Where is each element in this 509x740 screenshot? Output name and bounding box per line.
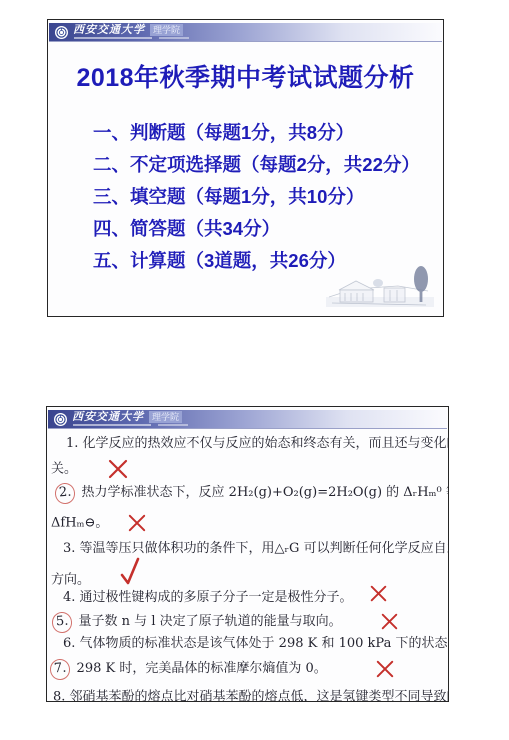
list-item: 四、简答题（共34分） xyxy=(93,213,435,245)
question-line: 3. 等温等压只做体积功的条件下，用△ᵣG 可以判断任何化学反应自发进行的 xyxy=(48,540,447,558)
department-english-name-strip xyxy=(159,37,189,39)
x-mark-icon xyxy=(127,514,147,532)
question-number-circle: 2. xyxy=(54,482,76,504)
question-line: 6. 气体物质的标准状态是该气体处于 298 K 和 100 kPa 下的状态。 xyxy=(48,635,447,653)
question-line: 7. 298 K 时，完美晶体的标准摩尔熵值为 0。 xyxy=(48,659,447,680)
questions-body: 1. 化学反应的热效应不仅与反应的始态和终态有关，而且还与变化的途径有 关。 2… xyxy=(48,429,447,700)
slide-judgment-questions: 西安交通大学 理学院 1. 化学反应的热效应不仅与反应的始态和终态有关，而且还与… xyxy=(46,406,449,702)
question-text: 6. 气体物质的标准状态是该气体处于 298 K 和 100 kPa 下的状态。 xyxy=(63,636,449,651)
question-text: 298 K 时，完美晶体的标准摩尔熵值为 0。 xyxy=(77,661,327,676)
question-text: 方向。 xyxy=(51,573,90,588)
question-number-circle: 7. xyxy=(49,658,71,680)
question-text: ΔfHₘ⊖。 xyxy=(51,516,108,531)
exam-structure-list: 一、判断题（每题1分，共8分） 二、不定项选择题（每题2分，共22分） 三、填空… xyxy=(93,117,435,277)
question-text: 热力学标准状态下，反应 2H₂(g)+O₂(g)=2H₂O(g) 的 ΔᵣHₘ⁰… xyxy=(82,485,449,500)
question-text: 4. 通过极性键构成的多原子分子一定是极性分子。 xyxy=(63,590,353,605)
slide-title: 2018年秋季期中考试试题分析 xyxy=(48,58,443,94)
slide-header-bar: 西安交通大学 理学院 xyxy=(48,410,447,429)
department-badge: 理学院 xyxy=(150,24,183,36)
question-text: 3. 等温等压只做体积功的条件下，用△ᵣG 可以判断任何化学反应自发进行的 xyxy=(63,541,449,556)
department-english-name-strip xyxy=(158,424,188,426)
x-mark-icon xyxy=(375,660,395,678)
question-text: 量子数 n 与 l 决定了原子轨道的能量与取向。 xyxy=(79,614,342,629)
list-item: 三、填空题（每题1分，共10分） xyxy=(93,181,435,213)
question-number-circle: 5. xyxy=(51,611,73,633)
page: 西安交通大学 理学院 2018年秋季期中考试试题分析 一、判断题（每题1分，共8… xyxy=(0,0,509,740)
question-text: 1. 化学反应的热效应不仅与反应的始态和终态有关，而且还与变化的途径有 xyxy=(66,436,449,451)
university-name: 西安交通大学 xyxy=(72,411,144,423)
question-line: 2. 热力学标准状态下，反应 2H₂(g)+O₂(g)=2H₂O(g) 的 Δᵣ… xyxy=(48,483,447,504)
university-english-name-strip xyxy=(74,37,152,39)
campus-building-sketch-image xyxy=(326,259,434,309)
x-mark-icon xyxy=(369,585,388,602)
slide-header-bar: 西安交通大学 理学院 xyxy=(49,23,442,42)
list-item: 一、判断题（每题1分，共8分） xyxy=(93,117,435,149)
question-line: 4. 通过极性键构成的多原子分子一定是极性分子。 xyxy=(48,589,447,607)
university-english-name-strip xyxy=(73,424,151,426)
question-line: ΔfHₘ⊖。 xyxy=(48,514,447,533)
question-text: 8. 邻硝基苯酚的熔点比对硝基苯酚的熔点低，这是氢键类型不同导致的。 xyxy=(53,690,449,703)
university-seal-icon xyxy=(54,413,67,426)
check-mark-icon xyxy=(118,556,142,586)
department-badge: 理学院 xyxy=(149,411,182,423)
x-mark-icon xyxy=(380,613,399,630)
university-name: 西安交通大学 xyxy=(73,24,145,36)
university-seal-icon xyxy=(55,26,68,39)
slide-exam-analysis: 西安交通大学 理学院 2018年秋季期中考试试题分析 一、判断题（每题1分，共8… xyxy=(47,19,444,317)
question-line: 关。 xyxy=(48,459,447,479)
list-item: 二、不定项选择题（每题2分，共22分） xyxy=(93,149,435,181)
question-line: 8. 邻硝基苯酚的熔点比对硝基苯酚的熔点低，这是氢键类型不同导致的。 xyxy=(48,683,447,702)
question-text: 关。 xyxy=(51,462,77,477)
x-mark-icon xyxy=(107,459,129,479)
question-line: 1. 化学反应的热效应不仅与反应的始态和终态有关，而且还与变化的途径有 xyxy=(48,435,447,453)
question-line: 5. 量子数 n 与 l 决定了原子轨道的能量与取向。 xyxy=(48,612,447,633)
